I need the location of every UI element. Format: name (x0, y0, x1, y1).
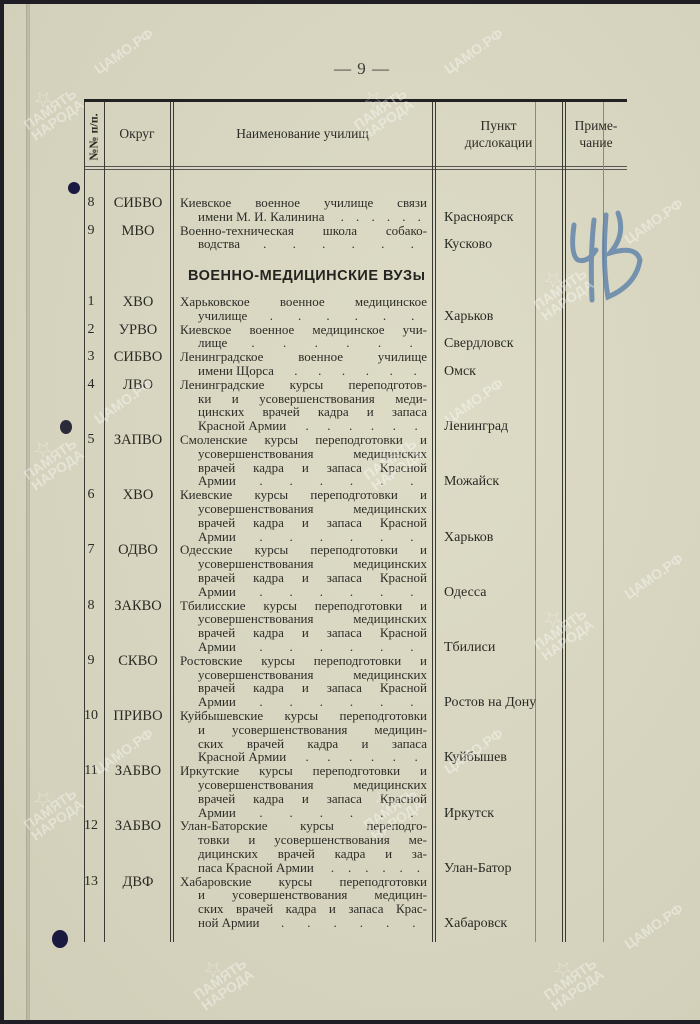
row-number: 7 (80, 542, 102, 558)
row-number: 9 (80, 223, 102, 239)
row-location: Одесса (444, 585, 486, 601)
row-location: Можайск (444, 474, 499, 490)
row-school-name: Ленинградские курсы переподготов-ки и ус… (180, 378, 427, 433)
header-location: Пунктдислокации (435, 117, 562, 151)
row-district: ЛВО (106, 377, 170, 394)
row-number: 5 (80, 432, 102, 448)
row-number: 2 (80, 322, 102, 338)
col-border-district-b (173, 102, 174, 942)
row-district: МВО (106, 223, 170, 240)
col-border-name-b (435, 102, 436, 942)
row-district: ЗАБВО (106, 818, 170, 835)
row-district: ЗАБВО (106, 763, 170, 780)
row-location: Харьков (444, 530, 493, 546)
row-location: Куйбышев (444, 750, 507, 766)
row-district: СКВО (106, 653, 170, 670)
row-location: Улан-Батор (444, 861, 512, 877)
row-location: Иркутск (444, 806, 494, 822)
row-district: ПРИВО (106, 708, 170, 725)
row-district: ЗАКВО (106, 598, 170, 615)
header-name: Наименование училищ (173, 125, 432, 142)
row-number: 13 (80, 874, 102, 890)
row-number: 1 (80, 294, 102, 310)
row-school-name: Киевское военное училище связиимени М. И… (180, 196, 427, 224)
row-school-name: Хабаровские курсы переподготовкии усовер… (180, 875, 427, 930)
row-school-name: Улан-Баторские курсы переподго-товки и у… (180, 819, 427, 874)
row-location: Омск (444, 364, 476, 380)
handwritten-mark-icon (566, 205, 646, 305)
header-district: Округ (104, 125, 170, 142)
row-number: 12 (80, 818, 102, 834)
row-district: ДВФ (106, 874, 170, 891)
row-district: УРВО (106, 322, 170, 339)
row-location: Свердловск (444, 336, 514, 352)
row-school-name: Тбилисские курсы переподготовки иусоверш… (180, 599, 427, 654)
row-school-name: Куйбышевские курсы переподготовкии усове… (180, 709, 427, 764)
page-number: — 9 — (334, 59, 390, 79)
row-school-name: Ленинградское военное училищеимени Щорса… (180, 350, 427, 378)
row-school-name: Одесские курсы переподготовки иусовершен… (180, 543, 427, 598)
header-note: Приме-чание (565, 117, 627, 151)
row-school-name: Ростовские курсы переподготовки иусоверш… (180, 654, 427, 709)
row-school-name: Военно-техническая школа собако-водства.… (180, 224, 427, 252)
row-school-name: Иркутские курсы переподготовки иусоверше… (180, 764, 427, 819)
row-number: 6 (80, 487, 102, 503)
row-district: ЗАПВО (106, 432, 170, 449)
row-number: 11 (80, 763, 102, 779)
row-school-name: Киевское военное медицинское учи-лище...… (180, 323, 427, 351)
col-faint-line (535, 102, 536, 942)
row-location: Кусково (444, 237, 492, 253)
row-number: 4 (80, 377, 102, 393)
row-location: Ростов на Дону (444, 695, 536, 711)
table-top-rule (84, 99, 627, 102)
hole-mark (68, 182, 80, 194)
row-school-name: Смоленские курсы переподготовки иусоверш… (180, 433, 427, 488)
header-bottom-rule (84, 166, 627, 167)
col-border-location-a (562, 102, 563, 942)
row-location: Красноярск (444, 210, 513, 226)
row-location: Ленинград (444, 419, 508, 435)
row-district: ХВО (106, 294, 170, 311)
col-border-name-a (432, 102, 433, 942)
hole-mark (60, 420, 72, 434)
header-bottom-rule-2 (84, 169, 627, 170)
row-district: ХВО (106, 487, 170, 504)
row-location: Тбилиси (444, 640, 495, 656)
row-number: 3 (80, 349, 102, 365)
row-number: 8 (80, 598, 102, 614)
row-location: Хабаровск (444, 916, 507, 932)
row-district: СИБВО (106, 195, 170, 212)
row-location: Харьков (444, 309, 493, 325)
row-district: СИБВО (106, 349, 170, 366)
hole-mark (52, 930, 68, 948)
row-school-name: Киевские курсы переподготовки иусовершен… (180, 488, 427, 543)
col-border-district-a (170, 102, 171, 942)
row-district: ОДВО (106, 542, 170, 559)
row-number: 10 (80, 708, 102, 724)
col-border-num (104, 102, 105, 942)
row-number: 9 (80, 653, 102, 669)
row-number: 8 (80, 195, 102, 211)
row-school-name: Харьковское военное медицинскоеучилище..… (180, 295, 427, 323)
section-title: ВОЕННО-МЕДИЦИНСКИЕ ВУЗы (188, 268, 425, 284)
